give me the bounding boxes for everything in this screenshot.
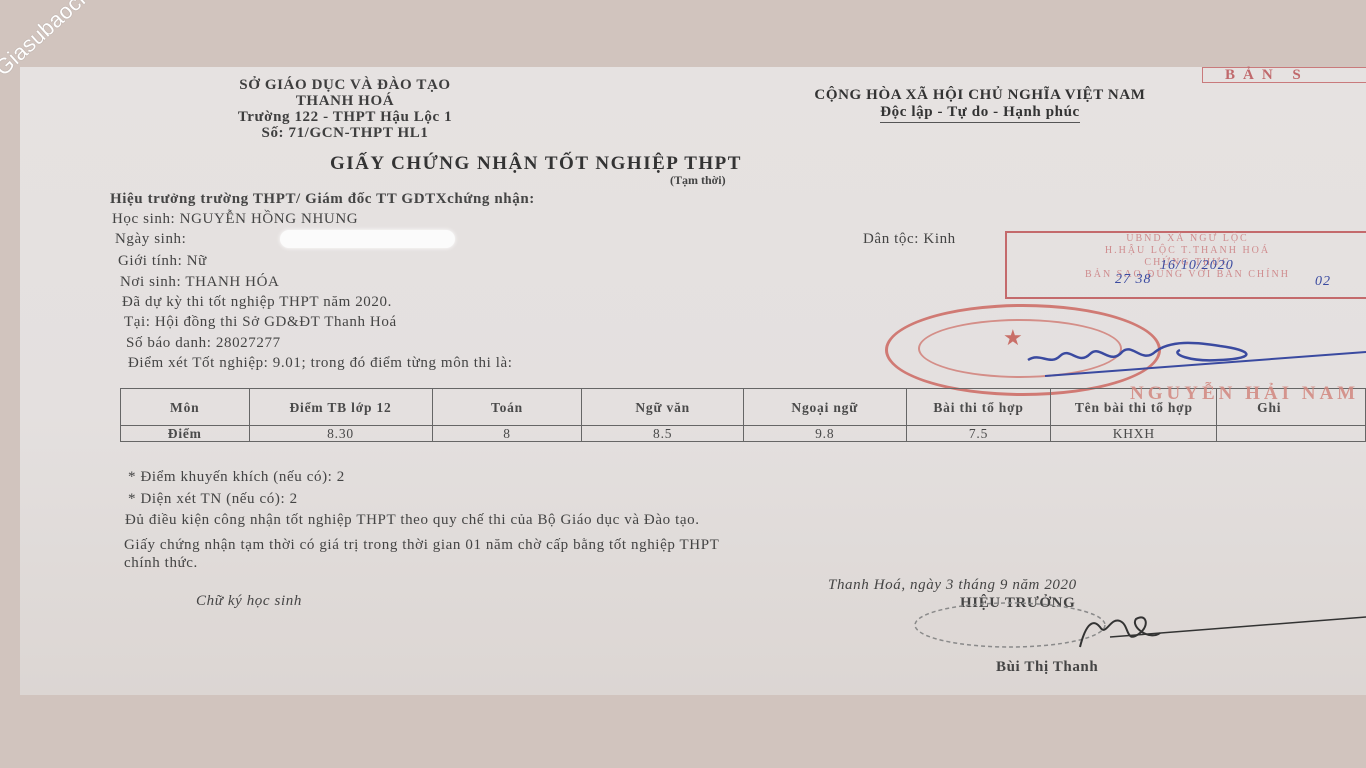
document-subtitle: (Tạm thời) xyxy=(670,173,726,188)
candidate-number: Số báo danh: 28027277 xyxy=(126,335,281,352)
national-motto: Độc lập - Tự do - Hạnh phúc xyxy=(880,104,1080,123)
certificate-document: SỞ GIÁO DỤC VÀ ĐÀO TẠO THANH HOÁ Trường … xyxy=(20,67,1366,695)
header-foreign-language: Ngoại ngữ xyxy=(743,389,906,426)
header-subject: Môn xyxy=(121,389,250,426)
score-foreign-language: 9.8 xyxy=(743,426,906,442)
ethnicity: Dân tộc: Kinh xyxy=(863,231,956,248)
score-literature: 8.5 xyxy=(582,426,743,442)
document-title: GIẤY CHỨNG NHẬN TỐT NGHIỆP THPT xyxy=(330,153,742,175)
redacted-dob xyxy=(280,230,455,248)
copy-stamp: BẢN S xyxy=(1202,67,1366,83)
stamp-book-handwritten: 02 xyxy=(1315,274,1331,290)
province-name: THANH HOÁ xyxy=(115,93,575,109)
header-math: Toán xyxy=(432,389,582,426)
row-label: Điểm xyxy=(121,426,250,442)
overlay-stamp-text: NGUYỄN HẢI NAM xyxy=(1130,383,1359,405)
header-gpa: Điểm TB lớp 12 xyxy=(249,389,432,426)
certifier-signature xyxy=(1020,332,1366,382)
place-and-date: Thanh Hoá, ngày 3 tháng 9 năm 2020 xyxy=(828,577,1077,594)
stamp-line-1: UBND XÃ NGƯ LỘC xyxy=(1007,233,1366,245)
student-name: Học sinh: NGUYỄN HỒNG NHUNG xyxy=(112,211,358,228)
dob-label: Ngày sinh: xyxy=(115,231,186,248)
score-math: 8 xyxy=(432,426,582,442)
stamp-line-2: H.HẬU LỘC T.THANH HOÁ xyxy=(1007,245,1366,257)
issuer-header: SỞ GIÁO DỤC VÀ ĐÀO TẠO THANH HOÁ Trường … xyxy=(115,77,575,141)
gender: Giới tính: Nữ xyxy=(118,253,207,270)
validity-statement: Giấy chứng nhận tạm thời có giá trị tron… xyxy=(124,537,719,554)
table-row: Điểm 8.30 8 8.5 9.8 7.5 KHXH xyxy=(121,426,1366,442)
intro-line: Hiệu trưởng trường THPT/ Giám đốc TT GDT… xyxy=(110,191,535,208)
score-combined-test-name: KHXH xyxy=(1051,426,1217,442)
priority-category: * Diện xét TN (nếu có): 2 xyxy=(128,491,298,508)
school-name: Trường 122 - THPT Hậu Lộc 1 xyxy=(115,109,575,125)
national-header: CỘNG HÒA XÃ HỘI CHỦ NGHĨA VIỆT NAM Độc l… xyxy=(660,87,1300,123)
score-combined-test: 7.5 xyxy=(906,426,1051,442)
exam-venue: Tại: Hội đồng thi Sở GD&ĐT Thanh Hoá xyxy=(124,314,397,331)
header-literature: Ngữ văn xyxy=(582,389,743,426)
graduation-score: Điểm xét Tốt nghiệp: 9.01; trong đó điểm… xyxy=(128,355,513,372)
principal-signature xyxy=(910,597,1366,657)
score-notes xyxy=(1217,426,1366,442)
stamp-date-handwritten: 16/10/2020 xyxy=(1160,258,1234,274)
department-name: SỞ GIÁO DỤC VÀ ĐÀO TẠO xyxy=(115,77,575,93)
document-number: Số: 71/GCN-THPT HL1 xyxy=(115,125,575,141)
bonus-points: * Điểm khuyến khích (nếu có): 2 xyxy=(128,469,345,486)
student-signature-label: Chữ ký học sinh xyxy=(196,593,302,610)
birthplace: Nơi sinh: THANH HÓA xyxy=(120,274,279,291)
header-combined-test: Bài thi tổ hợp xyxy=(906,389,1051,426)
country-name: CỘNG HÒA XÃ HỘI CHỦ NGHĨA VIỆT NAM xyxy=(660,87,1300,104)
eligibility-statement: Đủ điều kiện công nhận tốt nghiệp THPT t… xyxy=(125,512,700,529)
score-gpa: 8.30 xyxy=(249,426,432,442)
exam-year: Đã dự kỳ thi tốt nghiệp THPT năm 2020. xyxy=(122,294,392,311)
stamp-number-handwritten: 27 38 xyxy=(1115,272,1152,288)
validity-statement-cont: chính thức. xyxy=(124,555,198,572)
signer-name: Bùi Thị Thanh xyxy=(996,659,1098,676)
